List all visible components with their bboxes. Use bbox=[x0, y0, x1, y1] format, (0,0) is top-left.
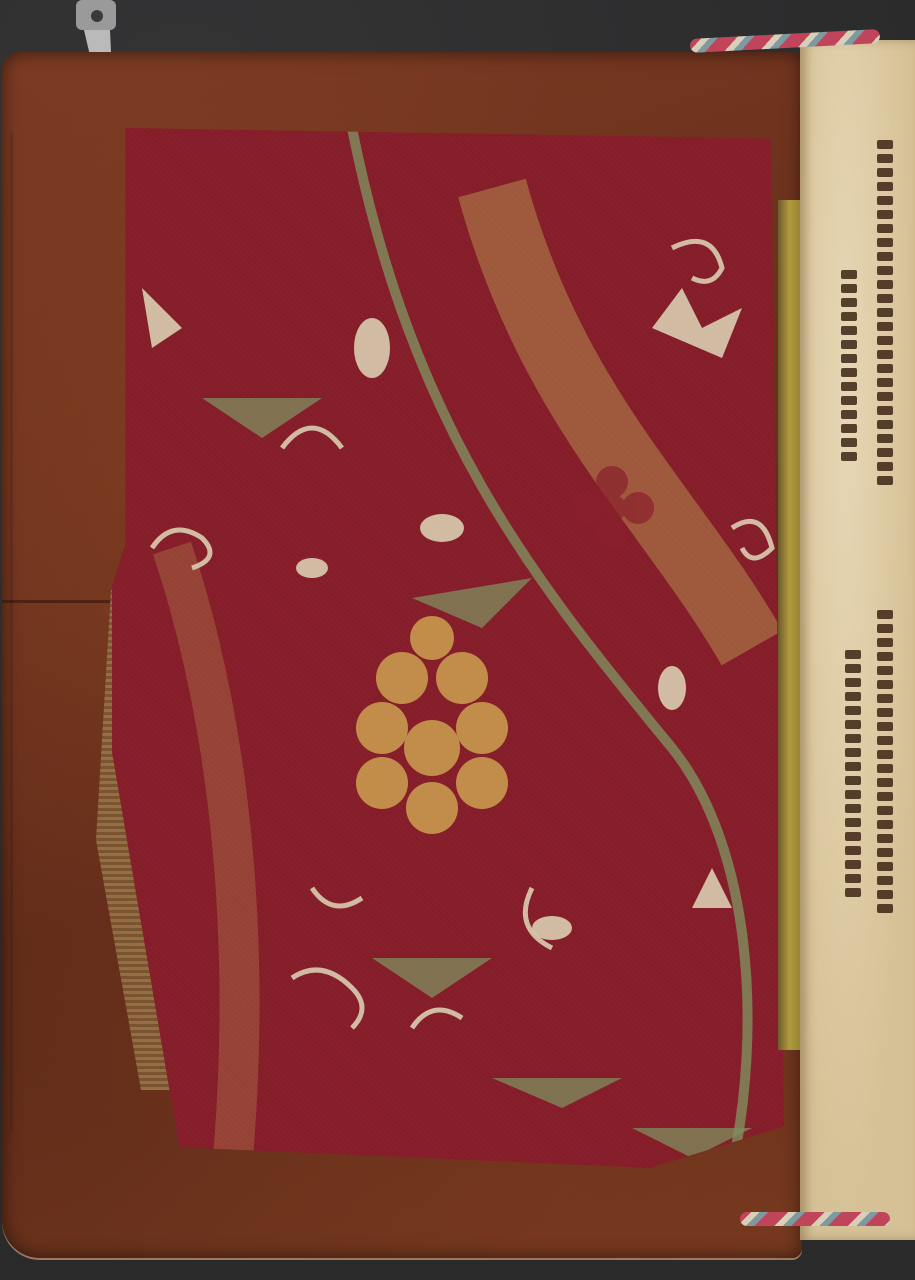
silk-doublure bbox=[112, 128, 784, 1168]
leather-crease bbox=[2, 600, 122, 603]
vellum-leaf bbox=[800, 40, 915, 1240]
leather-crease bbox=[10, 132, 13, 1132]
script-column bbox=[842, 650, 864, 897]
script-column bbox=[874, 610, 896, 913]
script-column bbox=[838, 270, 860, 461]
script-column bbox=[874, 140, 896, 485]
textile-pattern bbox=[112, 128, 784, 1168]
bottom-endband bbox=[740, 1212, 890, 1226]
